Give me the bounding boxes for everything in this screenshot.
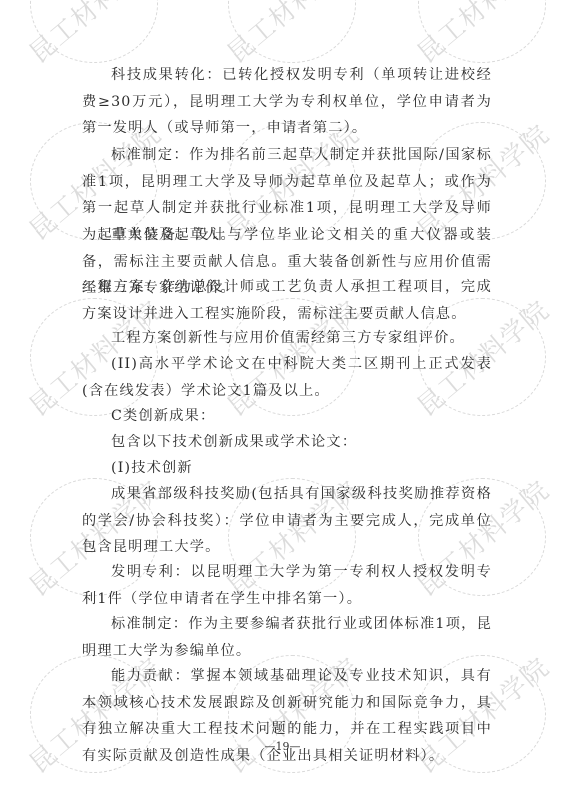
document-page: 科技成果转化：已转化授权发明专利（单项转让进校经费≥30万元），昆明理工大学为专… [0, 0, 565, 800]
paragraph-standards-b: 标准制定：作为主要参编者获批行业或团体标准1项，昆明理工大学为参编单位。 [82, 611, 492, 664]
heading-class-c: C类创新成果： [82, 403, 492, 430]
paragraph-ability-contribution: 能力贡献：掌握本领域基础理论及专业技术知识，具有本领域核心技术发展跟踪及创新研究… [82, 663, 492, 769]
paragraph-high-level-papers: (II)高水平学术论文在中科院大类二区期刊上正式发表(含在线发表）学术论文1篇及… [82, 351, 492, 404]
paragraph-invention-patent: 发明专利：以昆明理工大学为第一专利权人授权发明专利1件（学位申请者在学生中排名第… [82, 559, 492, 612]
paragraph-tech-transfer: 科技成果转化：已转化授权发明专利（单项转让进校经费≥30万元），昆明理工大学为专… [82, 62, 492, 142]
paragraph-engineering-eval: 工程方案创新性与应用价值需经第三方专家组评价。 [82, 325, 492, 352]
paragraph-provincial-award: 成果省部级科技奖励(包括具有国家级科技奖励推荐资格的学会/协会科技奖）：学位申请… [82, 481, 492, 561]
page-number: —19— [0, 740, 565, 753]
paragraph-engineering-plan: 工程方案：作为总设计师或工艺负责人承担工程项目，完成方案设计并进入工程实施阶段，… [82, 274, 492, 327]
heading-tech-innovation: (I)技术创新 [82, 455, 492, 482]
paragraph-class-c-intro: 包含以下技术创新成果或学术论文： [82, 429, 492, 456]
